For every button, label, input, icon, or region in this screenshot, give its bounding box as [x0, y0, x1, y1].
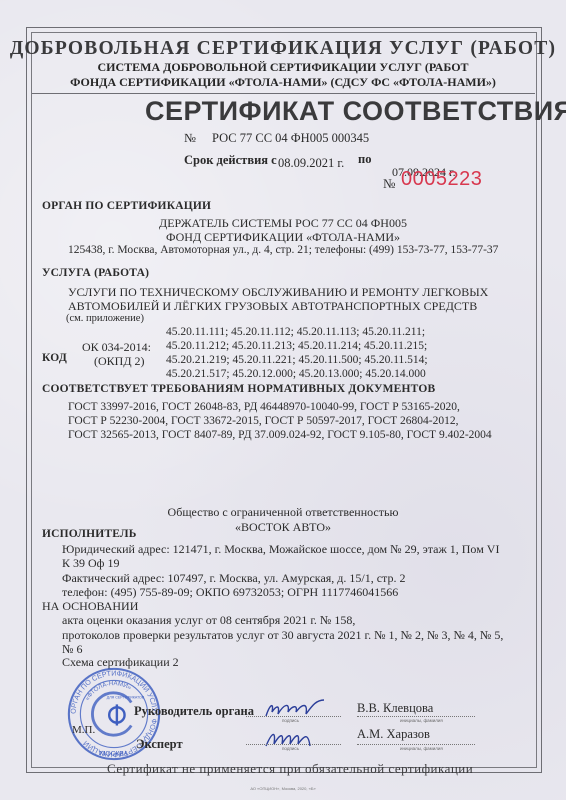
service-label: УСЛУГА (РАБОТА): [42, 267, 149, 279]
classifier-name: ОК 034-2014:: [82, 340, 151, 355]
head-of-body-label: Руководитель органа: [134, 704, 254, 719]
expert-name-caption: инициалы, фамилия: [400, 746, 443, 751]
executor-actual-address: Фактический адрес: 107497, г. Москва, ул…: [62, 571, 405, 586]
serial-number-sign: №: [383, 176, 395, 192]
certification-system-line2: ФОНДА СЕРТИФИКАЦИИ «ФТОЛА-НАМИ» (СДСУ ФС…: [0, 75, 566, 90]
head-name-caption: инициалы, фамилия: [400, 718, 443, 723]
expert-signature-line: [246, 744, 341, 745]
certification-body-label: ОРГАН ПО СЕРТИФИКАЦИИ: [42, 200, 211, 212]
svg-text:МОСКВА: МОСКВА: [100, 750, 129, 757]
head-name: В.В. Клевцова: [357, 701, 433, 716]
executor-label: ИСПОЛНИТЕЛЬ: [42, 528, 137, 540]
head-signature-caption: подпись: [282, 718, 299, 723]
code-row: 45.20.11.111; 45.20.11.112; 45.20.11.113…: [166, 326, 425, 338]
valid-from-date: 08.09.2021 г.: [278, 156, 344, 171]
code-label: КОД: [42, 352, 67, 364]
certification-system-line1: СИСТЕМА ДОБРОВОЛЬНОЙ СЕРТИФИКАЦИИ УСЛУГ …: [0, 60, 566, 75]
certification-body-holder: ДЕРЖАТЕЛЬ СИСТЕМЫ РОС 77 СС 04 ФН005: [0, 216, 566, 231]
expert-name: А.М. Харазов: [357, 727, 430, 742]
standard-row: ГОСТ 33997-2016, ГОСТ 26048-83, РД 46448…: [68, 401, 460, 413]
executor-org-type: Общество с ограниченной ответственностью: [0, 505, 566, 520]
stamp-place-label: М.П.: [72, 724, 95, 736]
header-divider: [32, 93, 535, 94]
serial-number: 0005223: [401, 168, 482, 191]
validity-label: Срок действия с: [184, 153, 277, 168]
certificate-number: РОС 77 СС 04 ФН005 000345: [212, 131, 369, 146]
expert-label: Эксперт: [136, 737, 183, 752]
expert-name-line: [357, 744, 475, 745]
code-row: 45.20.21.517; 45.20.12.000; 45.20.13.000…: [166, 368, 426, 380]
service-line2: АВТОМОБИЛЕЙ И ЛЁГКИХ ГРУЗОВЫХ АВТОТРАНСП…: [68, 299, 477, 314]
certificate-number-sign: №: [184, 131, 196, 146]
service-note: (см. приложение): [66, 313, 144, 324]
executor-legal-address-cont: К 39 Оф 19: [62, 556, 119, 571]
voluntary-certification-heading: ДОБРОВОЛЬНАЯ СЕРТИФИКАЦИЯ УСЛУГ (РАБОТ): [0, 38, 566, 60]
head-signature-line: [246, 716, 341, 717]
mandatory-certification-disclaimer: Сертификат не применяется при обязательн…: [107, 761, 473, 777]
classifier-abbrev: (ОКПД 2): [94, 354, 145, 369]
certification-body-fund: ФОНД СЕРТИФИКАЦИИ «ФТОЛА-НАМИ»: [0, 230, 566, 245]
valid-to-label: по: [358, 152, 371, 167]
basis-label: НА ОСНОВАНИИ: [42, 599, 138, 614]
printer-imprint: АО «ОПЦИОН», Москва, 2020, «Б»: [0, 786, 566, 791]
basis-act: акта оценки оказания услуг от 08 сентябр…: [62, 613, 355, 628]
code-row: 45.20.11.212; 45.20.11.213; 45.20.11.214…: [166, 340, 427, 352]
certificate-title: СЕРТИФИКАТ СООТВЕТСТВИЯ: [145, 96, 566, 127]
code-row: 45.20.21.219; 45.20.11.221; 45.20.11.500…: [166, 354, 428, 366]
standards-label: СООТВЕТСТВУЕТ ТРЕБОВАНИЯМ НОРМАТИВНЫХ ДО…: [42, 383, 435, 395]
standard-row: ГОСТ 32565-2013, ГОСТ 8407-89, РД 37.009…: [68, 429, 492, 441]
executor-legal-address: Юридический адрес: 121471, г. Москва, Мо…: [62, 542, 499, 557]
certification-body-address: 125438, г. Москва, Автомоторная ул., д. …: [68, 244, 498, 256]
standard-row: ГОСТ Р 52230-2004, ГОСТ 33672-2015, ГОСТ…: [68, 415, 459, 427]
basis-protocols: протоколов проверки результатов услуг от…: [62, 628, 503, 643]
expert-signature-caption: подпись: [282, 746, 299, 751]
head-name-line: [357, 716, 475, 717]
service-line1: УСЛУГИ ПО ТЕХНИЧЕСКОМУ ОБСЛУЖИВАНИЮ И РЕ…: [68, 285, 488, 300]
executor-contacts: телефон: (495) 755-89-09; ОКПО 69732053;…: [62, 585, 398, 600]
